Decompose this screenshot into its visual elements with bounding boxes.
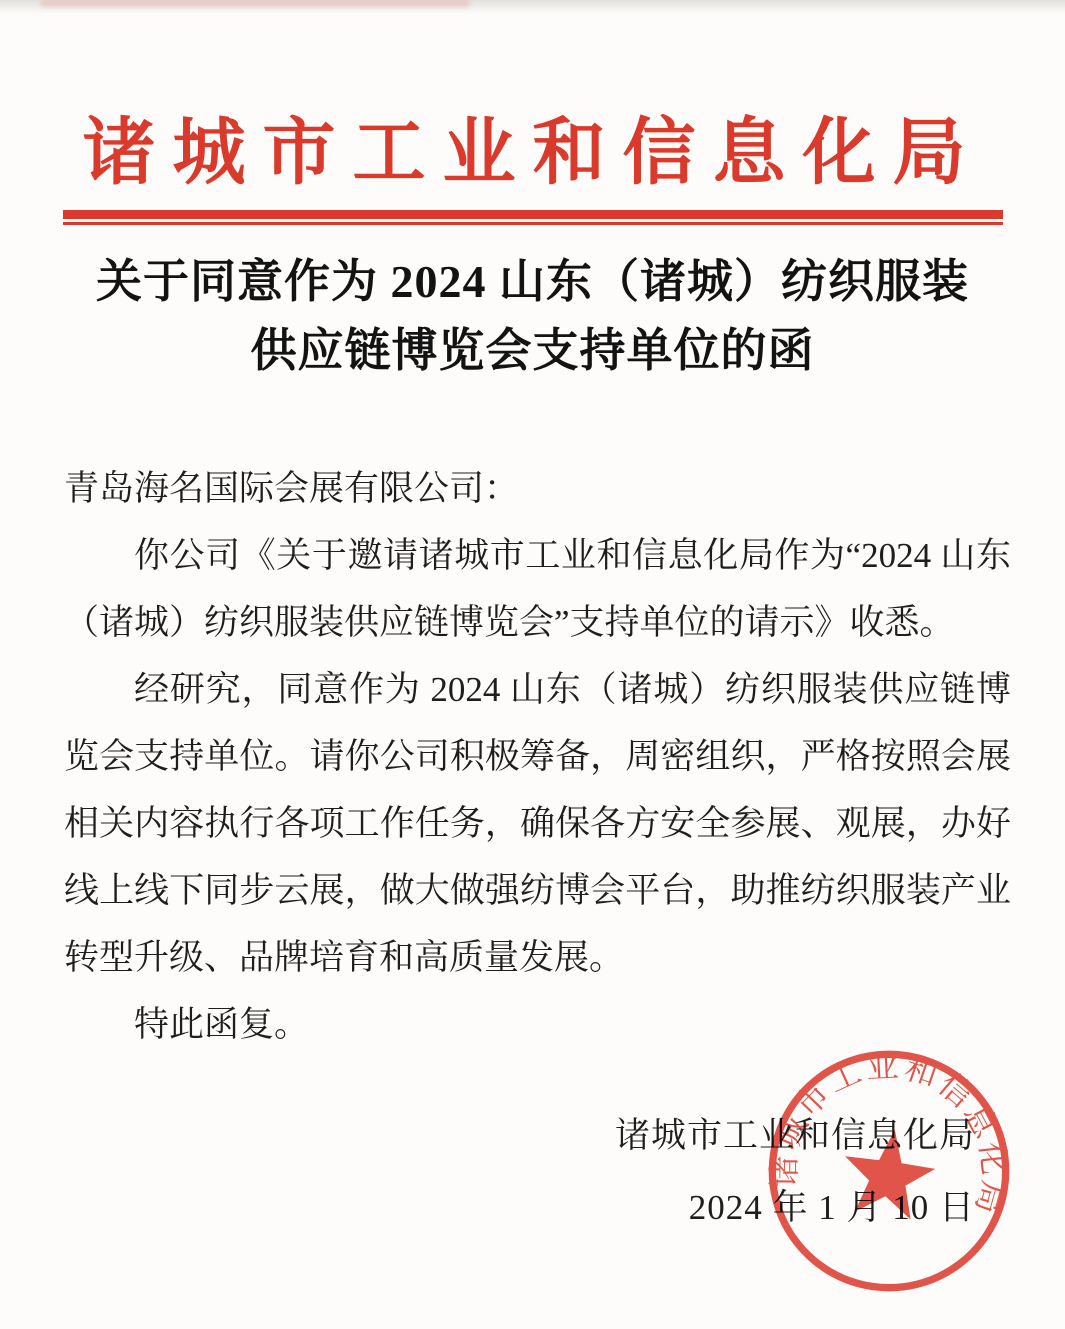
body-paragraph-1: 你公司《关于邀请诸城市工业和信息化局作为“2024 山东（诸城）纺织服装供应链博… bbox=[64, 522, 1011, 656]
document-title-line2: 供应链博览会支持单位的函 bbox=[60, 316, 1005, 385]
divider-thin-line bbox=[63, 222, 1003, 225]
body-paragraph-2: 经研究，同意作为 2024 山东（诸城）纺织服装供应链博览会支持单位。请你公司积… bbox=[64, 656, 1011, 991]
letter-body: 青岛海名国际会展有限公司： 你公司《关于邀请诸城市工业和信息化局作为“2024 … bbox=[64, 455, 1011, 1058]
document-title: 关于同意作为 2024 山东（诸城）纺织服装 供应链博览会支持单位的函 bbox=[60, 247, 1005, 385]
letterhead-divider bbox=[63, 210, 1003, 225]
document-page: 诸城市工业和信息化局 关于同意作为 2024 山东（诸城）纺织服装 供应链博览会… bbox=[0, 0, 1065, 1329]
body-paragraph-3: 特此函复。 bbox=[64, 991, 1011, 1058]
signature-date: 2024 年 1 月 10 日 bbox=[615, 1174, 975, 1241]
scan-artifact bbox=[40, 0, 470, 7]
divider-thick-line bbox=[63, 210, 1003, 219]
signature-agency-name: 诸城市工业和信息化局 bbox=[615, 1102, 975, 1169]
closing-block: 诸城市工业和信息化局 2024 年 1 月 10 日 bbox=[615, 1102, 975, 1241]
recipient-line: 青岛海名国际会展有限公司： bbox=[64, 455, 1011, 522]
document-title-line1: 关于同意作为 2024 山东（诸城）纺织服装 bbox=[60, 247, 1005, 316]
letterhead-agency-name: 诸城市工业和信息化局 bbox=[0, 103, 1065, 203]
